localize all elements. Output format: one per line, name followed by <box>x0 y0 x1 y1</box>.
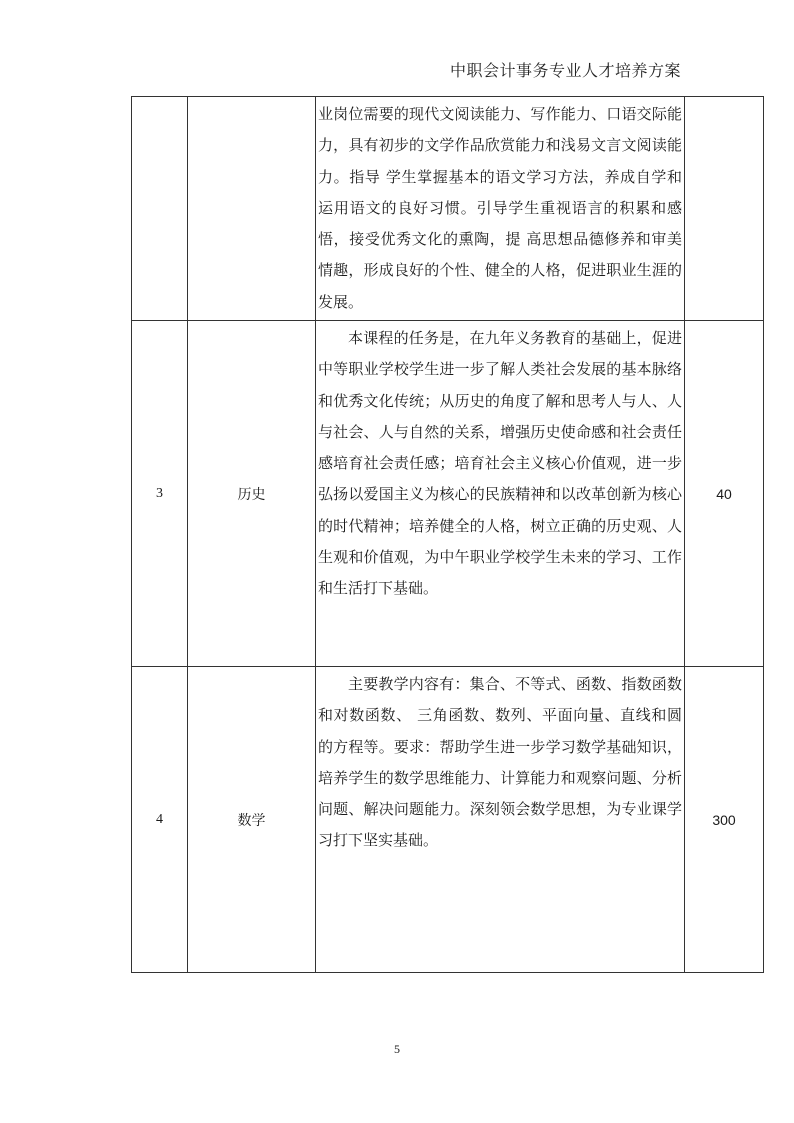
course-name-cell: 数学 <box>188 667 316 973</box>
course-number-cell: 3 <box>132 321 188 667</box>
course-description-text: 本课程的任务是，在九年义务教育的基础上，促进中等职业学校学生进一步了解人类社会发… <box>318 321 682 605</box>
document-header-title: 中职会计事务专业人才培养方案 <box>450 58 681 81</box>
page-number: 5 <box>394 1042 400 1057</box>
course-description-cell: 业岗位需要的现代文阅读能力、写作能力、口语交际能 力，具有初步的文学作品欣赏能力… <box>316 97 685 321</box>
course-table: 业岗位需要的现代文阅读能力、写作能力、口语交际能 力，具有初步的文学作品欣赏能力… <box>131 96 764 973</box>
table-row: 3 历史 本课程的任务是，在九年义务教育的基础上，促进中等职业学校学生进一步了解… <box>132 321 764 667</box>
table-row: 4 数学 主要教学内容有：集合、不等式、函数、指数函数和对数函数、 三角函数、数… <box>132 667 764 973</box>
course-description-text: 业岗位需要的现代文阅读能力、写作能力、口语交际能 力，具有初步的文学作品欣赏能力… <box>318 97 682 318</box>
course-hours-cell <box>685 97 764 321</box>
course-name-cell: 历史 <box>188 321 316 667</box>
course-number-cell <box>132 97 188 321</box>
course-hours-cell: 40 <box>685 321 764 667</box>
course-description-cell: 主要教学内容有：集合、不等式、函数、指数函数和对数函数、 三角函数、数列、平面向… <box>316 667 685 973</box>
course-description-cell: 本课程的任务是，在九年义务教育的基础上，促进中等职业学校学生进一步了解人类社会发… <box>316 321 685 667</box>
table-row: 业岗位需要的现代文阅读能力、写作能力、口语交际能 力，具有初步的文学作品欣赏能力… <box>132 97 764 321</box>
course-number-cell: 4 <box>132 667 188 973</box>
course-hours-cell: 300 <box>685 667 764 973</box>
course-name-cell <box>188 97 316 321</box>
course-description-text: 主要教学内容有：集合、不等式、函数、指数函数和对数函数、 三角函数、数列、平面向… <box>318 667 682 857</box>
